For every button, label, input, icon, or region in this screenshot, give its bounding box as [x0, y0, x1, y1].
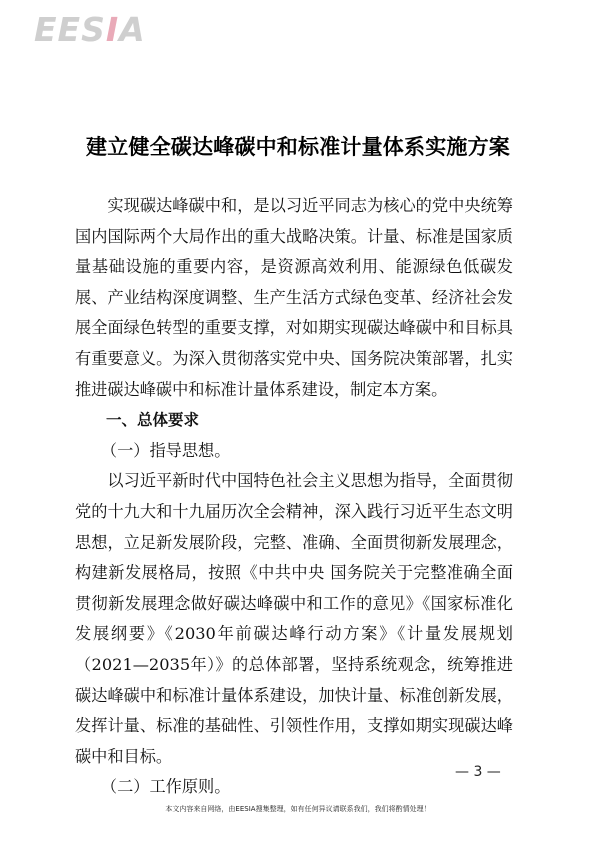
logo-text: EES	[34, 10, 106, 49]
intro-paragraph: 实现碳达峰碳中和，是以习近平同志为核心的党中央统筹国内国际两个大局作出的重大战略…	[75, 191, 513, 405]
guiding-ideology-paragraph: 以习近平新时代中国特色社会主义思想为指导，全面贯彻党的十九大和十九届历次全会精神…	[75, 466, 513, 772]
footer-disclaimer: 本文内容来自网络，由EESIA搜集整理，如有任何异议请联系我们，我们将酌情处理！	[0, 804, 596, 814]
subsection-heading: （一）指导思想。	[75, 436, 513, 467]
document-title: 建立健全碳达峰碳中和标准计量体系实施方案	[0, 131, 596, 161]
logo-text-i: I	[106, 10, 119, 49]
logo-text-suffix: A	[119, 10, 146, 49]
subsection-heading: （二）工作原则。	[75, 772, 513, 803]
eesia-logo: EESIA	[34, 10, 146, 49]
document-body: 实现碳达峰碳中和，是以习近平同志为核心的党中央统筹国内国际两个大局作出的重大战略…	[75, 191, 513, 803]
page-number: — 3 —	[455, 764, 501, 780]
section-heading: 一、总体要求	[75, 405, 513, 436]
